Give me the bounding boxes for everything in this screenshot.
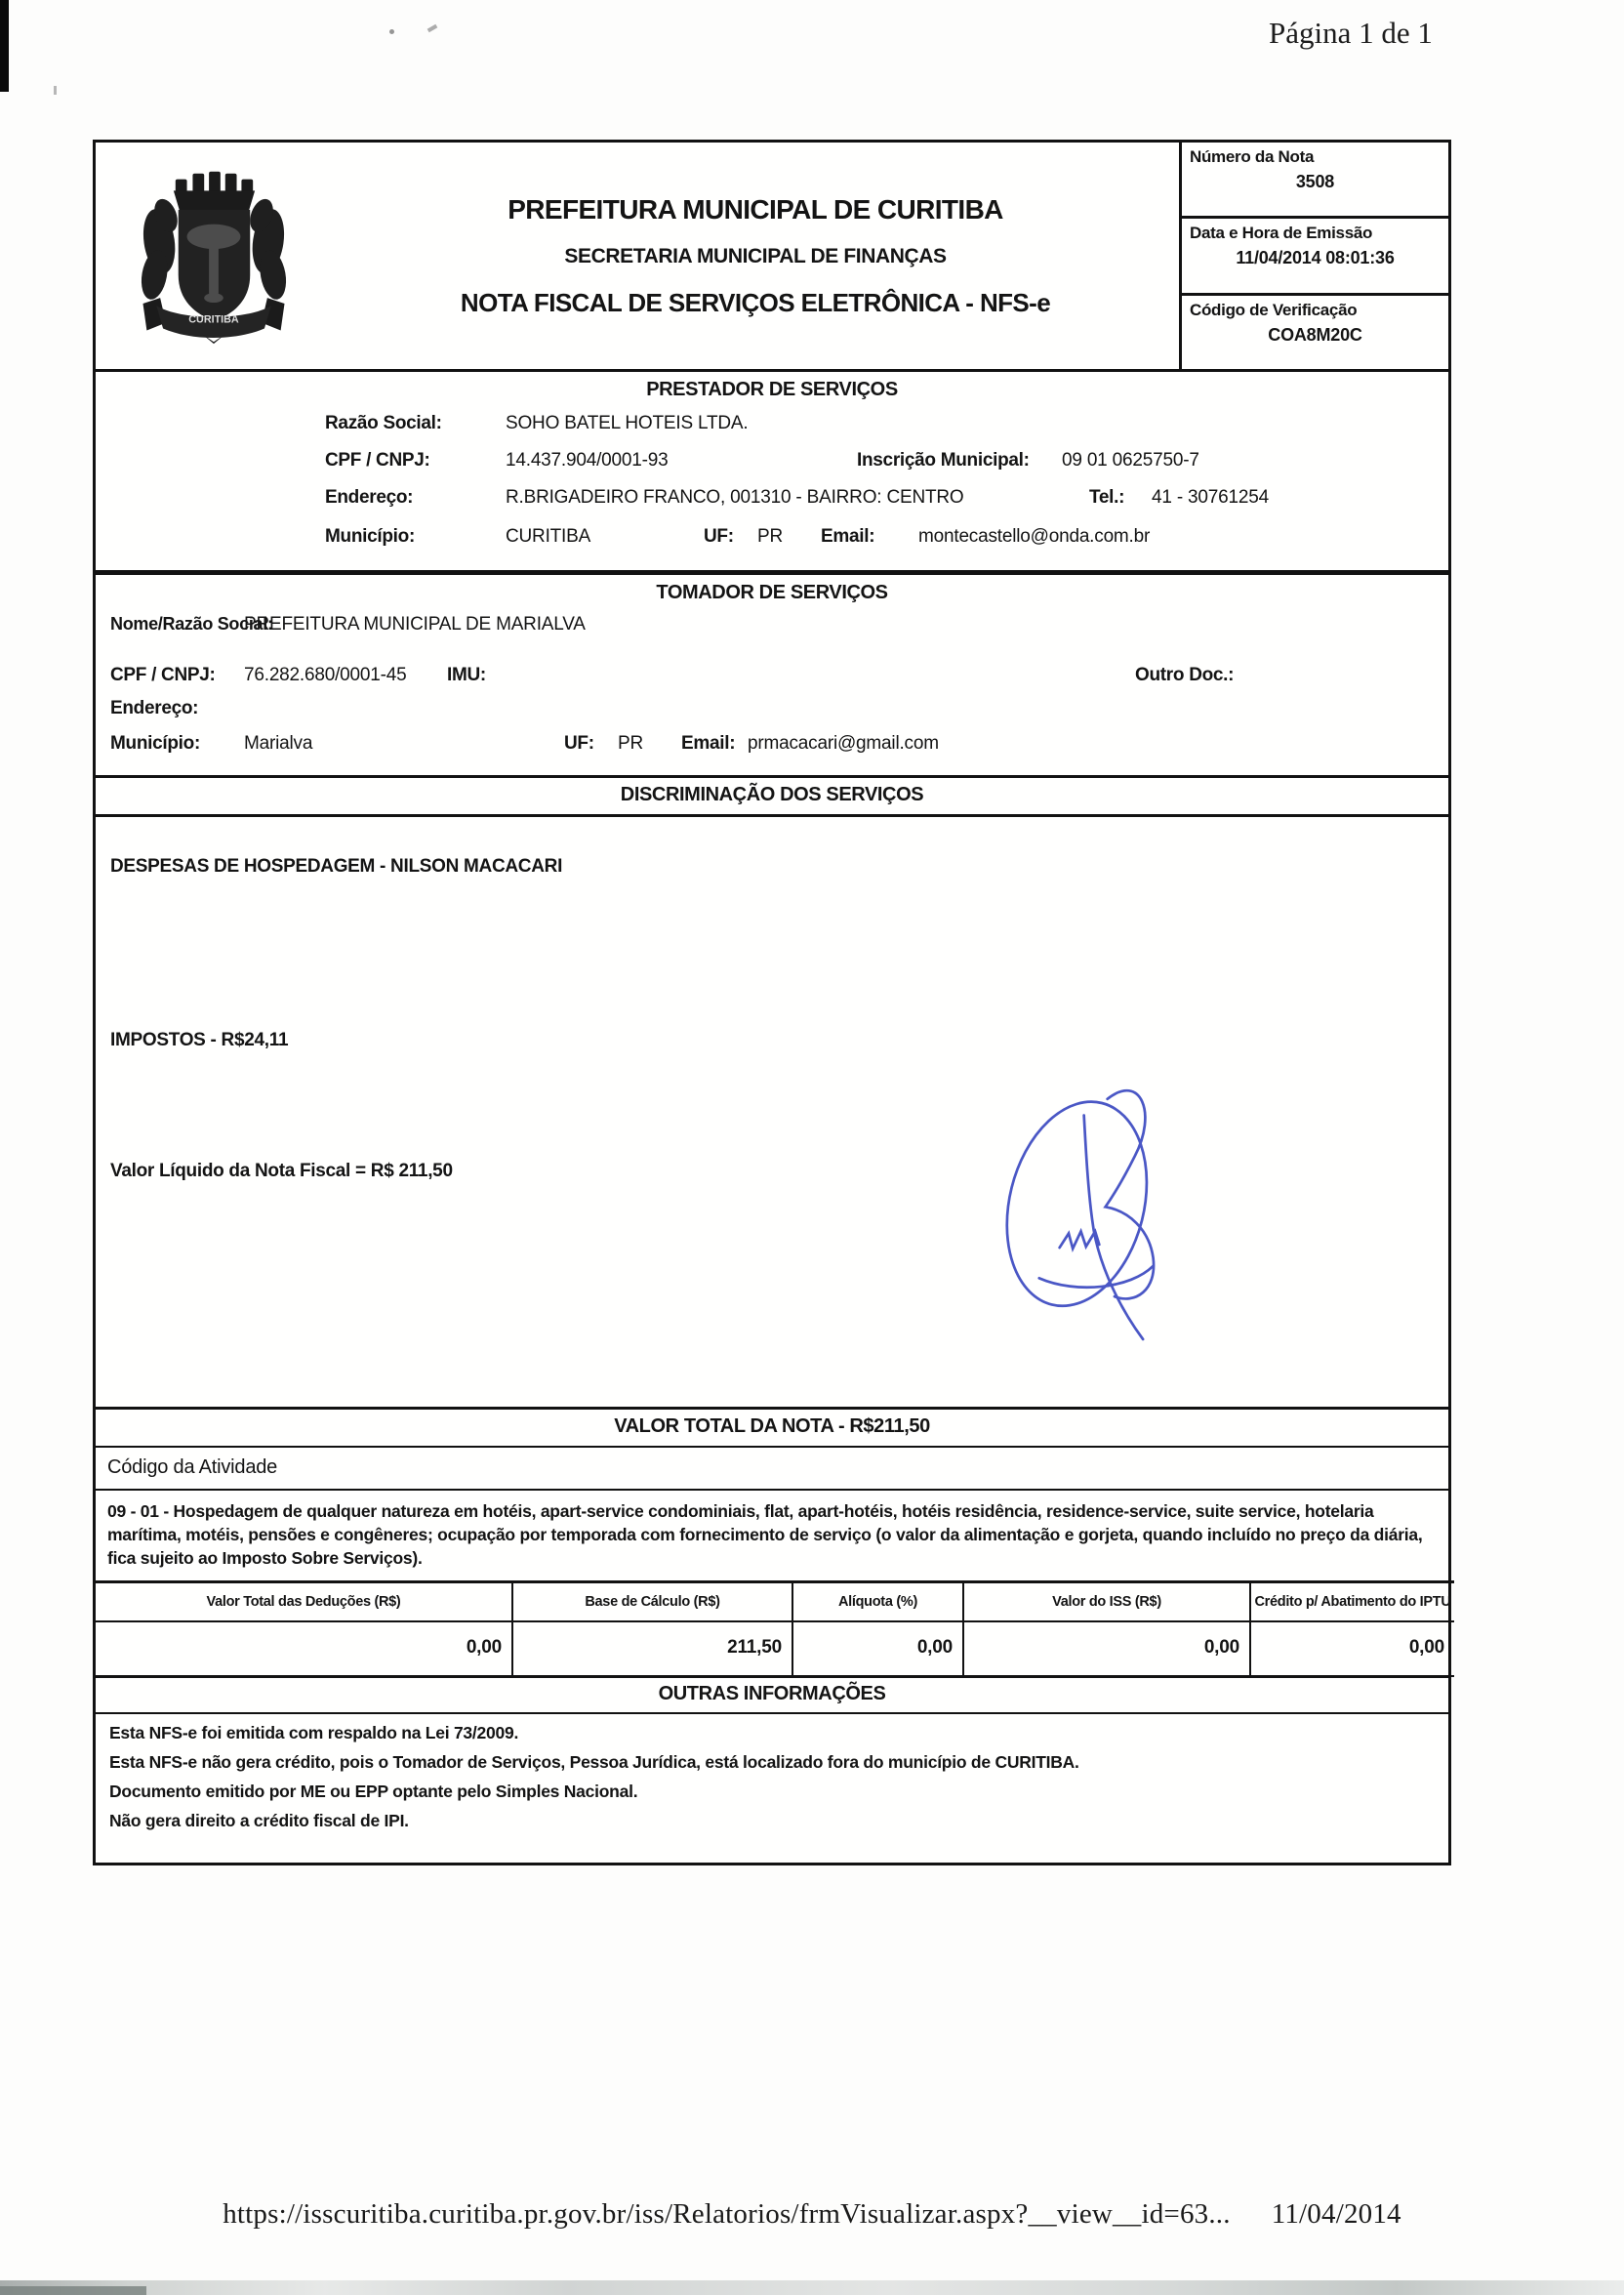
taker-email: prmacacari@gmail.com (748, 733, 939, 755)
service-line-3: Valor Líquido da Nota Fiscal = R$ 211,50 (110, 1161, 453, 1182)
col-aliquota: Alíquota (%) (792, 1582, 963, 1622)
scan-bottom-band-artifact (0, 2280, 1624, 2295)
document-title: NOTA FISCAL DE SERVIÇOS ELETRÔNICA - NFS… (461, 288, 1050, 318)
scan-noise (54, 86, 57, 95)
org-name: PREFEITURA MUNICIPAL DE CURITIBA (507, 194, 1003, 225)
provider-razao-social-label: Razão Social: (325, 413, 442, 434)
col-valor-iss: Valor do ISS (R$) (963, 1582, 1250, 1622)
scan-noise (389, 29, 394, 34)
handwritten-signature-icon (979, 1056, 1205, 1341)
emission-label: Data e Hora de Emissão (1190, 224, 1441, 243)
org-department: SECRETARIA MUNICIPAL DE FINANÇAS (564, 245, 946, 268)
tax-table-value-row: 0,00 211,50 0,00 0,00 0,00 (96, 1621, 1454, 1676)
value-deducoes: 0,00 (96, 1621, 512, 1676)
provider-uf-label: UF: (704, 526, 734, 548)
scan-bottom-chunk-artifact (0, 2286, 146, 2295)
taker-uf-label: UF: (564, 733, 594, 755)
taker-endereco-label: Endereço: (110, 698, 198, 719)
logo-box: CURITIBA (96, 143, 332, 369)
col-credito-iptu: Crédito p/ Abatimento do IPTU (1250, 1582, 1454, 1622)
provider-endereco: R.BRIGADEIRO FRANCO, 001310 - BAIRRO: CE… (506, 487, 963, 509)
provider-tel: 41 - 30761254 (1152, 487, 1269, 509)
total-value-bar: VALOR TOTAL DA NOTA - R$211,50 (96, 1407, 1448, 1448)
provider-cnpj: 14.437.904/0001-93 (506, 450, 669, 471)
value-aliquota: 0,00 (792, 1621, 963, 1676)
provider-razao-social: SOHO BATEL HOTEIS LTDA. (506, 413, 748, 434)
page-indicator: Página 1 de 1 (1269, 16, 1433, 51)
tax-table: Valor Total das Deduções (R$) Base de Cá… (96, 1580, 1454, 1677)
header-titles: PREFEITURA MUNICIPAL DE CURITIBA SECRETA… (332, 143, 1179, 369)
provider-municipio: CURITIBA (506, 526, 590, 548)
provider-endereco-label: Endereço: (325, 487, 413, 509)
scan-noise (427, 24, 438, 32)
taker-imu-label: IMU: (447, 665, 486, 686)
taker-cnpj-label: CPF / CNPJ: (110, 665, 216, 686)
other-info-header: OUTRAS INFORMAÇÕES (96, 1677, 1448, 1714)
services-description-box: DESPESAS DE HOSPEDAGEM - NILSON MACACARI… (96, 817, 1448, 1407)
verification-cell: Código de Verificação COA8M20C (1182, 293, 1448, 369)
provider-cnpj-label: CPF / CNPJ: (325, 450, 430, 471)
other-info-box: Esta NFS-e foi emitida com respaldo na L… (96, 1714, 1448, 1863)
taker-nome: PREFEITURA MUNICIPAL DE MARIALVA (244, 614, 586, 635)
footer-date: 11/04/2014 (1272, 2198, 1401, 2230)
provider-section-title: PRESTADOR DE SERVIÇOS (96, 372, 1448, 401)
footer: https://isscuritiba.curitiba.pr.gov.br/i… (0, 2198, 1624, 2231)
provider-email: montecastello@onda.com.br (918, 526, 1150, 548)
value-credito-iptu: 0,00 (1250, 1621, 1454, 1676)
provider-uf: PR (757, 526, 783, 548)
curitiba-coat-of-arms-icon: CURITIBA (127, 160, 301, 351)
service-taker-section: TOMADOR DE SERVIÇOS Nome/Razão Social: P… (96, 570, 1448, 775)
activity-code-title: Código da Atividade (96, 1448, 1448, 1491)
taker-municipio-label: Município: (110, 733, 200, 755)
taker-email-label: Email: (681, 733, 735, 755)
provider-inscricao-label: Inscrição Municipal: (857, 450, 1030, 471)
other-info-line: Esta NFS-e foi emitida com respaldo na L… (109, 1723, 1435, 1743)
nota-number-value: 3508 (1190, 172, 1441, 192)
provider-tel-label: Tel.: (1089, 487, 1124, 509)
taker-section-title: TOMADOR DE SERVIÇOS (96, 575, 1448, 604)
other-info-line: Esta NFS-e não gera crédito, pois o Toma… (109, 1752, 1435, 1773)
invoice-header: CURITIBA PREFEITURA MUNICIPAL DE CURITIB… (96, 143, 1448, 369)
value-valor-iss: 0,00 (963, 1621, 1250, 1676)
nota-number-cell: Número da Nota 3508 (1182, 143, 1448, 216)
service-line-1: DESPESAS DE HOSPEDAGEM - NILSON MACACARI (110, 856, 562, 878)
verification-label: Código de Verificação (1190, 301, 1441, 320)
col-base-calculo: Base de Cálculo (R$) (512, 1582, 792, 1622)
provider-email-label: Email: (821, 526, 874, 548)
taker-outro-doc-label: Outro Doc.: (1135, 665, 1234, 686)
activity-description: 09 - 01 - Hospedagem de qualquer naturez… (96, 1491, 1448, 1580)
provider-inscricao: 09 01 0625750-7 (1062, 450, 1199, 471)
header-info-column: Número da Nota 3508 Data e Hora de Emiss… (1179, 143, 1448, 369)
nota-number-label: Número da Nota (1190, 147, 1441, 167)
scan-edge-artifact (0, 0, 9, 92)
verification-code: COA8M20C (1190, 325, 1441, 346)
invoice-frame: CURITIBA PREFEITURA MUNICIPAL DE CURITIB… (93, 140, 1451, 1865)
other-info-line: Documento emitido por ME ou EPP optante … (109, 1782, 1435, 1802)
logo-ribbon-text: CURITIBA (188, 314, 239, 326)
other-info-line: Não gera direito a crédito fiscal de IPI… (109, 1811, 1435, 1831)
taker-municipio: Marialva (244, 733, 312, 755)
emission-value: 11/04/2014 08:01:36 (1190, 248, 1441, 268)
footer-url: https://isscuritiba.curitiba.pr.gov.br/i… (223, 2198, 1231, 2230)
taker-cnpj: 76.282.680/0001-45 (244, 665, 407, 686)
services-description-header: DISCRIMINAÇÃO DOS SERVIÇOS (96, 775, 1448, 817)
col-deducoes: Valor Total das Deduções (R$) (96, 1582, 512, 1622)
service-line-2: IMPOSTOS - R$24,11 (110, 1030, 288, 1051)
emission-cell: Data e Hora de Emissão 11/04/2014 08:01:… (1182, 216, 1448, 292)
tax-table-header-row: Valor Total das Deduções (R$) Base de Cá… (96, 1582, 1454, 1622)
value-base-calculo: 211,50 (512, 1621, 792, 1676)
provider-municipio-label: Município: (325, 526, 415, 548)
scanned-invoice-page: Página 1 de 1 (0, 0, 1624, 2295)
service-provider-section: PRESTADOR DE SERVIÇOS Razão Social: SOHO… (96, 369, 1448, 570)
taker-uf: PR (618, 733, 643, 755)
